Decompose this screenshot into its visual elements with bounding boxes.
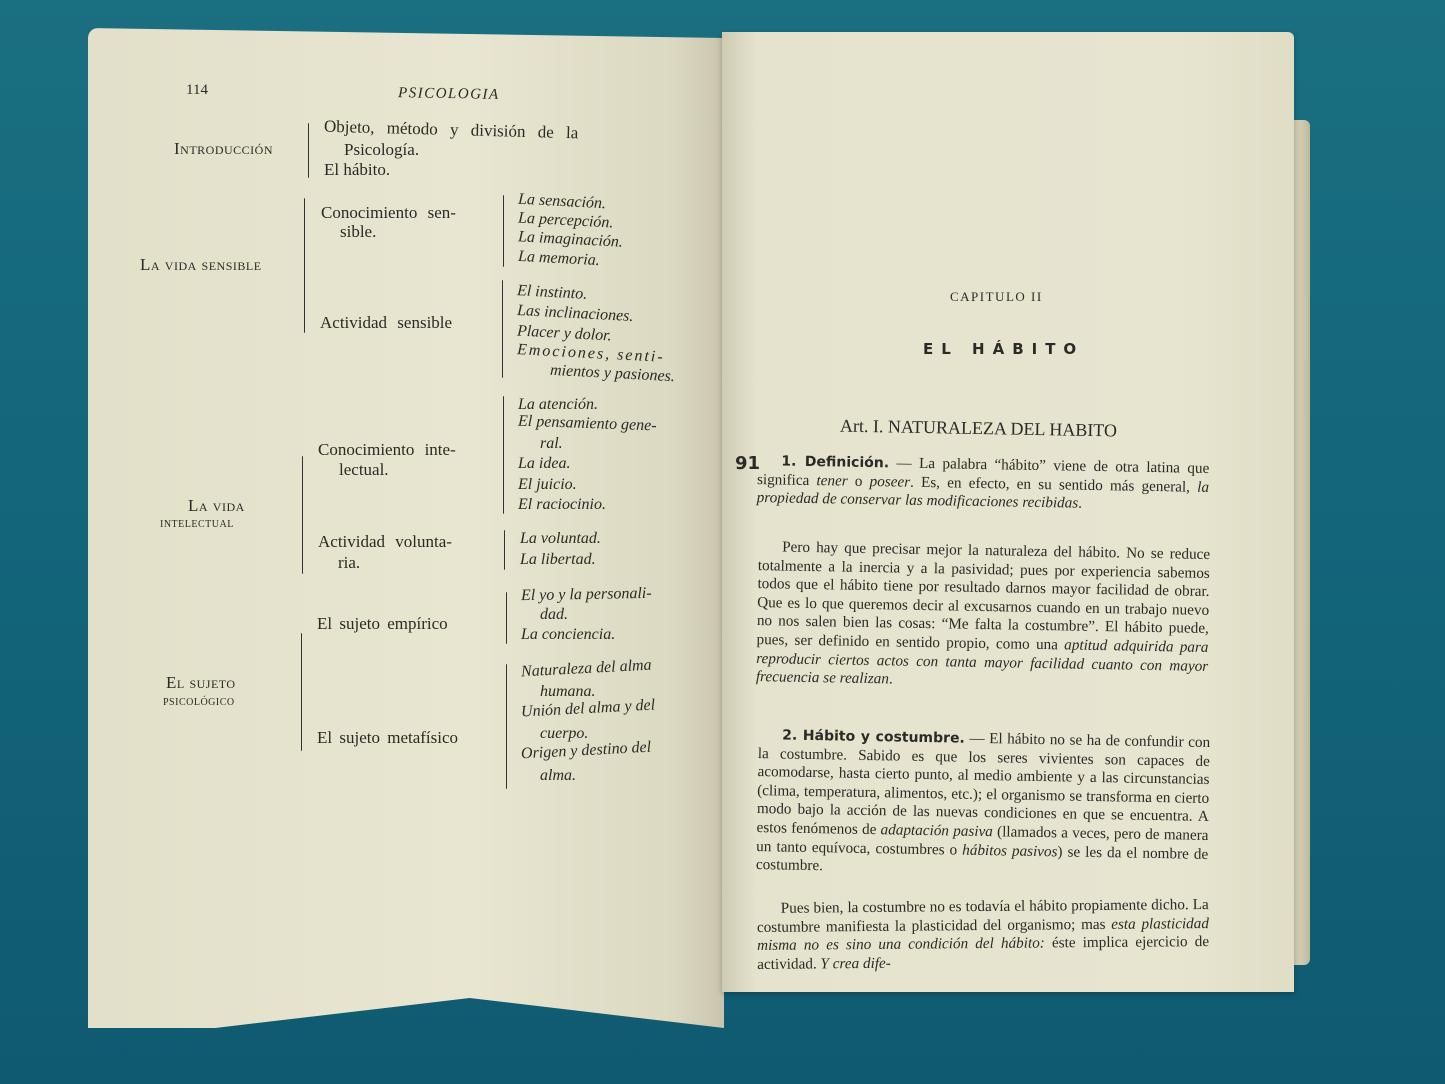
paragraph-definicion: 1. Definición. — La palabra “hábito” vie… <box>757 452 1210 516</box>
group-label: Actividad sensible <box>320 313 452 333</box>
outline-leaf: El instinto. <box>517 282 588 304</box>
section-introduccion: Introducción <box>174 139 273 159</box>
brace <box>502 280 503 378</box>
outline-leaf: La idea. <box>518 455 570 473</box>
text: — El hábito no se ha de confundir con la… <box>756 730 1210 839</box>
section-vida-intelectual: La vida <box>188 496 245 516</box>
outline-leaf: dad. <box>540 606 568 624</box>
group-label: Conocimiento inte- <box>318 440 456 460</box>
group-label: sible. <box>340 222 376 242</box>
page-number: 114 <box>186 82 208 99</box>
italic-text: Y crea dife- <box>820 955 890 973</box>
outline-leaf: ral. <box>540 435 563 453</box>
brace <box>302 456 303 574</box>
outline-leaf: La libertad. <box>520 551 596 569</box>
paragraph-pues-bien: Pues bien, la costumbre no es todavía el… <box>757 896 1210 974</box>
brace <box>308 123 309 178</box>
brace <box>503 195 504 267</box>
section-vida-sensible: La vida sensible <box>140 255 262 275</box>
brace <box>503 396 504 514</box>
outline-leaf: El yo y la personali- <box>521 585 652 605</box>
outline-leaf: La voluntad. <box>520 530 601 548</box>
paragraph-heading: 2. Hábito y costumbre. <box>782 727 965 746</box>
outline-leaf: cuerpo. <box>540 725 588 743</box>
chapter-title: EL HÁBITO <box>923 340 1084 358</box>
brace <box>506 664 507 789</box>
outline-leaf: La atención. <box>518 396 598 414</box>
paragraph-body: Pero hay que precisar mejor la naturalez… <box>756 538 1210 687</box>
outline-item: Psicología. <box>344 140 419 160</box>
chapter-label: CAPITULO II <box>950 289 1043 305</box>
italic-text: tener <box>816 472 848 490</box>
outline-leaf: humana. <box>540 683 596 701</box>
group-label: Actividad volunta- <box>318 532 452 552</box>
italic-text: poseer <box>869 473 910 491</box>
text: o <box>848 472 870 489</box>
section-sujeto-psicologico: psicológico <box>163 694 235 710</box>
section-sujeto-psicologico: El sujeto <box>166 673 236 693</box>
outline-leaf: El raciocinio. <box>518 496 606 514</box>
text: Pero hay que precisar mejor la naturalez… <box>756 538 1210 653</box>
text: . <box>1078 495 1082 512</box>
text: . <box>889 671 893 688</box>
brace <box>504 530 505 570</box>
group-label: lectual. <box>339 460 389 480</box>
paragraph-habito-costumbre: 2. Hábito y costumbre. — El hábito no se… <box>756 726 1211 883</box>
group-label: El sujeto metafísico <box>317 728 458 748</box>
group-label: ria. <box>338 553 360 573</box>
outline-item: El hábito. <box>324 160 390 180</box>
section-vida-intelectual: intelectual <box>160 516 234 532</box>
group-label: Conocimiento sen- <box>321 203 456 223</box>
outline-leaf: El juicio. <box>518 476 577 494</box>
brace <box>301 633 302 751</box>
group-label: El sujeto empírico <box>317 614 448 634</box>
outline-leaf: La conciencia. <box>521 626 615 644</box>
paragraph-heading: 1. Definición. <box>781 453 889 471</box>
running-head: PSICOLOGIA <box>398 85 500 104</box>
italic-text: adaptación pasiva <box>880 821 993 840</box>
italic-text: hábitos pasivos <box>962 841 1058 860</box>
brace <box>304 198 305 333</box>
paragraph-body: — El hábito no se ha de confundir con la… <box>756 730 1210 875</box>
brace <box>506 592 507 644</box>
paragraph-body: Pues bien, la costumbre no es todavía el… <box>757 896 1209 973</box>
paragraph-naturaleza: Pero hay que precisar mejor la naturalez… <box>756 538 1211 695</box>
outline-leaf: alma. <box>540 767 576 785</box>
